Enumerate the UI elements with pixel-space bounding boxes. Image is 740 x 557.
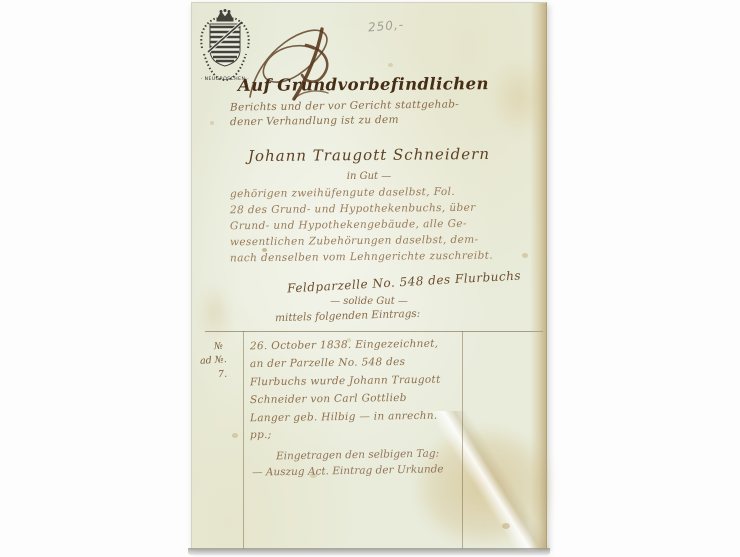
document-heading: Auf Grundvorbefindlichen <box>238 74 489 95</box>
water-stain-right-edge <box>490 58 548 138</box>
entry-margin-rule <box>243 331 244 549</box>
entry-intro-line: mittels folgenden Eintrags: <box>275 308 421 325</box>
intro-line-2: dener Verhandlung ist zu dem <box>230 114 399 128</box>
margin-line: ad №. <box>200 354 227 367</box>
entry-line: Langer geb. Hilbig — in anrechn. <box>250 410 438 425</box>
water-stain-left <box>198 283 232 343</box>
manuscript-scan: · NEUGROSCHEN · 250,- Auf Grundvorbefind… <box>0 0 740 557</box>
entry-right-rule <box>462 331 463 549</box>
entry-line: 26. October 1838. Eingezeichnet, <box>250 338 439 353</box>
entry-line: pp.; <box>250 429 272 441</box>
margin-line: № <box>214 341 224 353</box>
foxing-speck <box>522 253 528 258</box>
entry-line: Flurbuchs wurde Johann Traugott <box>250 374 441 389</box>
scan-shadow <box>188 548 550 555</box>
margin-line: 7. <box>218 369 228 381</box>
fold-crease <box>424 411 554 551</box>
foxing-speck <box>502 523 510 529</box>
foxing-speck <box>210 121 214 125</box>
intro-line-1: Berichts und der vor Gericht stattgehab- <box>230 98 459 113</box>
body-line: Grund- und Hypothekengebäude, alle Ge- <box>230 218 467 232</box>
body-line: 28 des Grund- und Hypothekenbuchs, über <box>230 202 476 217</box>
closing-line: Eingetragen den selbigen Tag: <box>276 448 439 463</box>
grantee-name: Johann Traugott Schneidern <box>248 145 490 165</box>
body-line: wesentlichen Zubehörungen daselbst, dem- <box>230 234 479 249</box>
body-line: gehörigen zweihüfengute daselbst, Fol. <box>230 186 455 200</box>
name-subline: in Gut — <box>192 171 546 182</box>
parcel-subline: — solide Gut — <box>192 296 546 307</box>
foxing-speck <box>388 63 393 67</box>
entry-top-rule <box>205 331 543 332</box>
foxing-speck <box>232 433 238 438</box>
entry-line: Schneider von Carl Gottlieb <box>250 392 407 406</box>
entry-line: an der Parzelle No. 548 des <box>250 356 405 370</box>
parcel-reference: Feldparzelle No. 548 des Flurbuchs <box>287 268 522 295</box>
manuscript-page: · NEUGROSCHEN · 250,- Auf Grundvorbefind… <box>191 2 547 550</box>
body-line: nach denselben vom Lehngerichte zuschrei… <box>230 250 493 265</box>
